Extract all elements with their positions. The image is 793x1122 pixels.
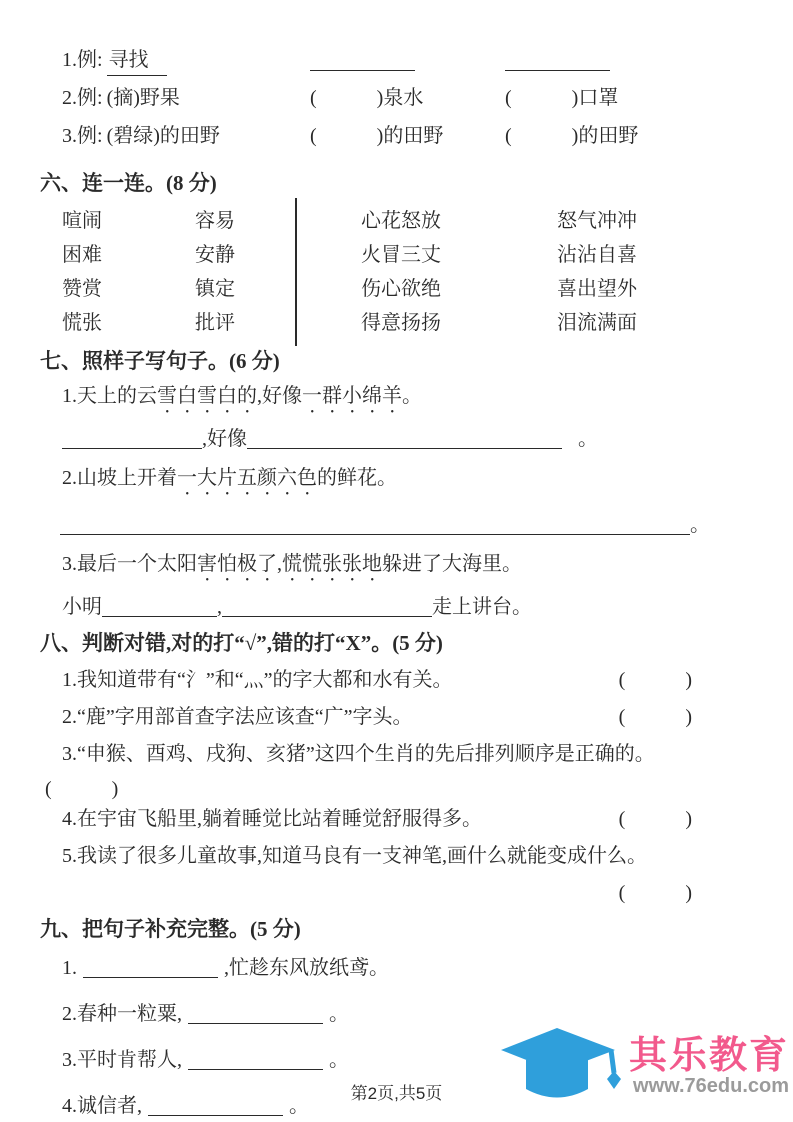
matching-word: 慌张 xyxy=(62,306,195,340)
statement-text: 4.在宇宙飞船里,躺着睡觉比站着睡觉舒服得多。 xyxy=(62,804,482,834)
sentence-text: 躲进了大海里。 xyxy=(382,553,522,575)
matching-word: 困难 xyxy=(62,238,195,272)
emphasized-text: 害怕极了 xyxy=(197,553,277,575)
sentence-period: 。 xyxy=(690,514,710,536)
example-word: (碧绿)的田野 xyxy=(107,125,220,147)
question-8-5: 5.我读了很多儿童故事,知道马良有一支神笔,画什么就能变成什么。 xyxy=(40,841,753,871)
question-number: 1. xyxy=(62,385,77,407)
answer-blank xyxy=(505,50,610,71)
matching-idiom: 心花怒放 xyxy=(361,204,557,238)
matching-idiom: 沾沾自喜 xyxy=(557,238,753,272)
sentence-text: 。 xyxy=(402,385,422,407)
worksheet-page: { "examples": { "items": [ { "num_label"… xyxy=(0,0,793,1122)
answer-parens-word: ( )的田野 xyxy=(310,122,443,150)
sentence-period: 。 xyxy=(578,428,598,450)
matching-word: 容易 xyxy=(195,204,295,238)
section-7-title: 七、照样子写句子。(6 分) xyxy=(40,346,753,376)
answer-parens-row: ( ) xyxy=(40,878,692,908)
matching-idiom: 火冒三丈 xyxy=(361,238,557,272)
question-9-1: 1.,忙趁东风放纸鸢。 xyxy=(40,952,753,990)
answer-parens: ( ) xyxy=(619,878,692,908)
question-7-2: 2.山坡上开着一大片五颜六色的鲜花。 xyxy=(40,463,753,500)
logo-website: www.76edu.com xyxy=(629,1075,789,1098)
sentence-text: 2.春种一粒粟, xyxy=(62,1003,182,1025)
matching-idiom: 得意扬扬 xyxy=(361,306,557,340)
answer-blank xyxy=(83,955,218,978)
sentence-text: 山坡上开着 xyxy=(77,467,177,489)
section-9-title: 九、把句子补充完整。(5 分) xyxy=(40,914,753,944)
sentence-period: 。 xyxy=(329,1049,349,1071)
emphasized-text: 慌慌张张地 xyxy=(282,553,382,575)
question-number: 2. xyxy=(62,467,77,489)
sentence-text: 的鲜花。 xyxy=(317,467,397,489)
sentence-period: 。 xyxy=(329,1003,349,1025)
question-8-3: 3.“申猴、酉鸡、戌狗、亥猪”这四个生肖的先后排列顺序是正确的。 xyxy=(40,739,753,769)
example-num-label: 1.例: xyxy=(62,49,103,71)
example-num-label: 2.例: xyxy=(62,87,103,109)
emphasized-text: 一群小绵羊 xyxy=(302,385,402,407)
answer-blank xyxy=(188,1047,323,1070)
matching-idiom: 怒气冲冲 xyxy=(557,204,753,238)
answer-parens: ( ) xyxy=(619,804,692,834)
answer-parens: ( ) xyxy=(40,774,753,804)
matching-word: 安静 xyxy=(195,238,295,272)
statement-text: 5.我读了很多儿童故事,知道马良有一支神笔,画什么就能变成什么。 xyxy=(62,845,647,867)
logo-text-block: 其乐教育 www.76edu.com xyxy=(629,1035,789,1098)
graduation-cap-icon xyxy=(495,1018,623,1114)
matching-grid: 喧闹 困难 赞赏 慌张 容易 安静 镇定 批评 心花怒放 火冒三丈 伤心欲绝 得… xyxy=(62,204,753,342)
answer-blank xyxy=(247,426,562,449)
question-number: 1. xyxy=(62,957,77,979)
sentence-text: ,忙趁东风放纸鸢。 xyxy=(224,957,389,979)
worksheet-content: 1.例:寻找 2.例:(摘)野果 ( )泉水 ( )口罩 3.例:(碧绿)的田野… xyxy=(0,0,793,1122)
answer-blank xyxy=(60,512,690,535)
answer-blank xyxy=(188,1001,323,1024)
section-8-title: 八、判断对错,对的打“√”,错的打“X”。(5 分) xyxy=(40,628,753,658)
logo-name: 其乐教育 xyxy=(629,1035,789,1077)
statement-text: 2.“鹿”字用部首查字法应该查“广”字头。 xyxy=(62,702,413,732)
example-num-label: 3.例: xyxy=(62,125,103,147)
answer-blank xyxy=(310,50,415,71)
answer-parens-word: ( )口罩 xyxy=(505,84,618,112)
answer-blank xyxy=(102,594,217,617)
matching-idiom: 伤心欲绝 xyxy=(361,272,557,306)
answer-parens-word: ( )泉水 xyxy=(310,84,423,112)
vertical-divider xyxy=(295,198,297,346)
matching-column-3: 心花怒放 火冒三丈 伤心欲绝 得意扬扬 xyxy=(361,204,557,342)
example-word: (摘)野果 xyxy=(107,87,180,109)
answer-blank xyxy=(62,426,202,449)
matching-word: 喧闹 xyxy=(62,204,195,238)
question-8-1: 1.我知道带有“氵”和“灬”的字大都和水有关。 ( ) xyxy=(40,665,692,695)
answer-parens-word: ( )的田野 xyxy=(505,122,638,150)
answer-parens: ( ) xyxy=(619,702,692,732)
question-8-2: 2.“鹿”字用部首查字法应该查“广”字头。 ( ) xyxy=(40,702,692,732)
matching-word: 赞赏 xyxy=(62,272,195,306)
answer-line-7-2: 。 xyxy=(40,510,753,544)
answer-suffix: 走上讲台。 xyxy=(432,596,532,618)
example-word-underlined: 寻找 xyxy=(107,46,167,76)
matching-idiom: 泪流满面 xyxy=(557,306,753,340)
example-row-3: 3.例:(碧绿)的田野 ( )的田野 ( )的田野 xyxy=(40,122,753,160)
question-7-1: 1.天上的云雪白雪白的,好像一群小绵羊。 xyxy=(40,381,753,418)
sentence-text: 最后一个太阳 xyxy=(77,553,197,575)
statement-text: 3.“申猴、酉鸡、戌狗、亥猪”这四个生肖的先后排列顺序是正确的。 xyxy=(62,743,655,765)
sentence-text: ,好像 xyxy=(257,385,302,407)
answer-connector: ,好像 xyxy=(202,428,247,450)
sentence-text: 天上的云 xyxy=(77,385,157,407)
example-row-1: 1.例:寻找 xyxy=(40,46,753,84)
answer-line-7-3: 小明,走上讲台。 xyxy=(40,592,753,626)
matching-column-4: 怒气冲冲 沾沾自喜 喜出望外 泪流满面 xyxy=(557,204,753,342)
matching-word: 镇定 xyxy=(195,272,295,306)
answer-line-7-1: ,好像。 xyxy=(40,424,753,458)
matching-column-2: 容易 安静 镇定 批评 xyxy=(195,204,295,342)
sentence-text: 3.平时肯帮人, xyxy=(62,1049,182,1071)
matching-idiom: 喜出望外 xyxy=(557,272,753,306)
statement-text: 1.我知道带有“氵”和“灬”的字大都和水有关。 xyxy=(62,665,453,695)
matching-column-1: 喧闹 困难 赞赏 慌张 xyxy=(62,204,195,342)
answer-prefix: 小明 xyxy=(62,596,102,618)
emphasized-text: 一大片五颜六色 xyxy=(177,467,317,489)
emphasized-text: 雪白雪白的 xyxy=(157,385,257,407)
section-6-title: 六、连一连。(8 分) xyxy=(40,168,753,198)
answer-blank xyxy=(222,594,432,617)
example-row-2: 2.例:(摘)野果 ( )泉水 ( )口罩 xyxy=(40,84,753,122)
brand-logo: 其乐教育 www.76edu.com xyxy=(495,1018,789,1114)
question-8-4: 4.在宇宙飞船里,躺着睡觉比站着睡觉舒服得多。 ( ) xyxy=(40,804,692,834)
question-number: 3. xyxy=(62,553,77,575)
question-7-3: 3.最后一个太阳害怕极了,慌慌张张地躲进了大海里。 xyxy=(40,549,753,586)
matching-word: 批评 xyxy=(195,306,295,340)
answer-parens: ( ) xyxy=(619,665,692,695)
